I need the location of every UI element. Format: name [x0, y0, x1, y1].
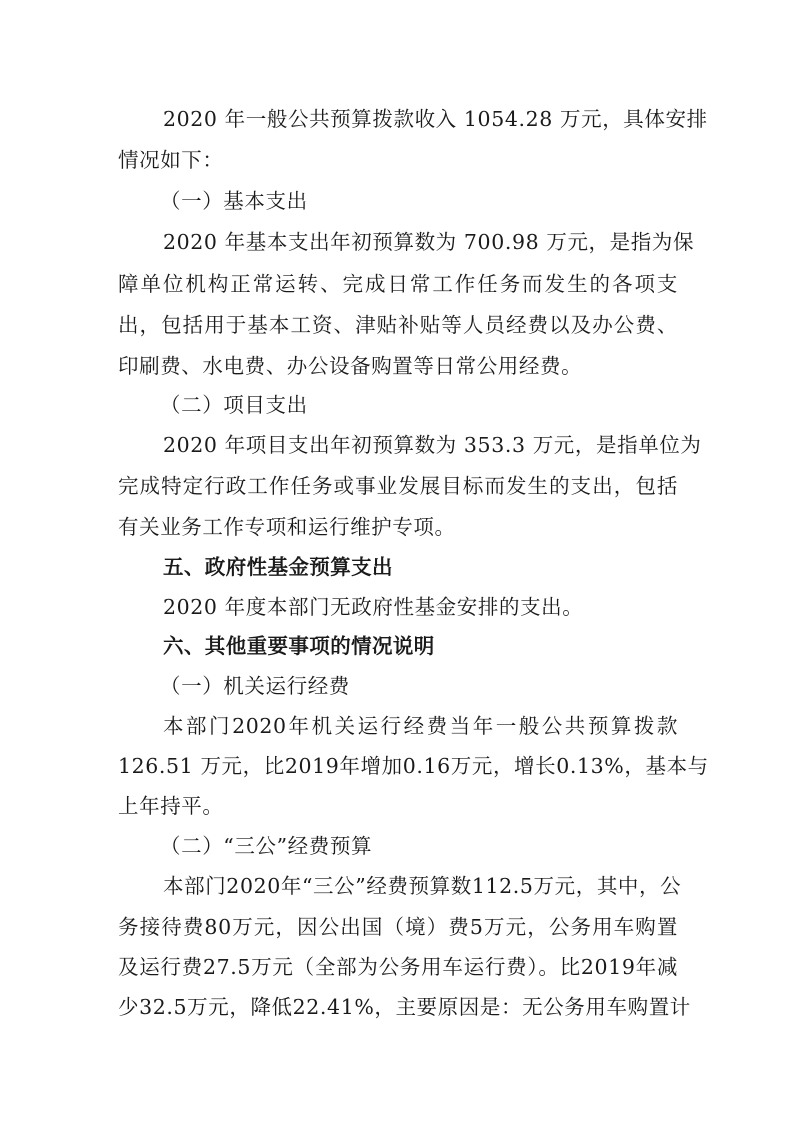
subheading-basic-expenditure: （一）基本支出 [160, 187, 720, 215]
paragraph-three-public-expenses-cont-1: 务接待费80万元，因公出国（境）费5万元，公务用车购置 [118, 913, 678, 941]
subheading-project-expenditure: （二）项目支出 [160, 391, 720, 419]
line-text: 2020 年一般公共预算拨款收入 1054.28 万元，具体安排 [163, 105, 678, 133]
paragraph-operating-expenses-cont-1: 126.51 万元，比2019年增加0.16万元，增长0.13%，基本与 [118, 752, 678, 780]
line-text: 本部门2020年“三公”经费预算数112.5万元，其中，公 [163, 872, 678, 900]
line-text: 少32.5万元，降低22.41%，主要原因是：无公务用车购置计 [118, 993, 678, 1021]
line-text: 障单位机构正常运转、完成日常工作任务而发生的各项支 [118, 270, 678, 298]
line-text: 情况如下： [118, 148, 224, 172]
line-text: 完成特定行政工作任务或事业发展目标而发生的支出，包括 [118, 472, 678, 500]
line-text: 及运行费27.5万元（全部为公务用车运行费）。比2019年减 [118, 953, 678, 981]
heading-text: 六、其他重要事项的情况说明 [163, 634, 435, 658]
line-text: （二）“三公”经费预算 [160, 834, 372, 858]
paragraph-basic-expenditure-cont-2: 出，包括用于基本工资、津贴补贴等人员经费以及办公费、 [118, 311, 678, 339]
line-text: 有关业务工作专项和运行维护专项。 [118, 515, 456, 539]
line-text: 务接待费80万元，因公出国（境）费5万元，公务用车购置 [118, 913, 678, 941]
paragraph-project-expenditure: 2020 年项目支出年初预算数为 353.3 万元，是指单位为 [163, 431, 678, 459]
line-text: 126.51 万元，比2019年增加0.16万元，增长0.13%，基本与 [118, 752, 678, 780]
paragraph-basic-expenditure-cont-3: 印刷费、水电费、办公设备购置等日常公用经费。 [118, 352, 678, 380]
line-text: 本部门2020年机关运行经费当年一般公共预算拨款 [163, 712, 678, 740]
line-text: 上年持平。 [118, 794, 224, 818]
paragraph-general-budget-income: 2020 年一般公共预算拨款收入 1054.28 万元，具体安排 [163, 105, 678, 133]
line-text: （一）机关运行经费 [160, 674, 350, 698]
paragraph-operating-expenses: 本部门2020年机关运行经费当年一般公共预算拨款 [163, 712, 678, 740]
paragraph-three-public-expenses: 本部门2020年“三公”经费预算数112.5万元，其中，公 [163, 872, 678, 900]
line-text: 2020 年基本支出年初预算数为 700.98 万元，是指为保 [163, 228, 678, 256]
paragraph-government-fund: 2020 年度本部门无政府性基金安排的支出。 [163, 593, 723, 621]
line-text: 印刷费、水电费、办公设备购置等日常公用经费。 [118, 354, 582, 378]
subheading-operating-expenses: （一）机关运行经费 [160, 672, 720, 700]
section-heading-government-fund: 五、政府性基金预算支出 [163, 553, 723, 581]
line-text: （一）基本支出 [160, 189, 308, 213]
line-text: 出，包括用于基本工资、津贴补贴等人员经费以及办公费、 [118, 311, 678, 339]
paragraph-operating-expenses-cont-2: 上年持平。 [118, 792, 678, 820]
section-heading-other-matters: 六、其他重要事项的情况说明 [163, 632, 723, 660]
paragraph-three-public-expenses-cont-2: 及运行费27.5万元（全部为公务用车运行费）。比2019年减 [118, 953, 678, 981]
paragraph-project-expenditure-cont-2: 有关业务工作专项和运行维护专项。 [118, 513, 678, 541]
paragraph-project-expenditure-cont-1: 完成特定行政工作任务或事业发展目标而发生的支出，包括 [118, 472, 678, 500]
line-text: 2020 年度本部门无政府性基金安排的支出。 [163, 595, 583, 619]
paragraph-general-budget-income-cont: 情况如下： [118, 146, 678, 174]
line-text: （二）项目支出 [160, 393, 308, 417]
paragraph-basic-expenditure: 2020 年基本支出年初预算数为 700.98 万元，是指为保 [163, 228, 678, 256]
subheading-three-public-expenses: （二）“三公”经费预算 [160, 832, 720, 860]
heading-text: 五、政府性基金预算支出 [163, 555, 393, 579]
document-page: 2020 年一般公共预算拨款收入 1054.28 万元，具体安排 情况如下： （… [0, 0, 793, 1122]
paragraph-basic-expenditure-cont-1: 障单位机构正常运转、完成日常工作任务而发生的各项支 [118, 270, 678, 298]
paragraph-three-public-expenses-cont-3: 少32.5万元，降低22.41%，主要原因是：无公务用车购置计 [118, 993, 678, 1021]
line-text: 2020 年项目支出年初预算数为 353.3 万元，是指单位为 [163, 431, 678, 459]
